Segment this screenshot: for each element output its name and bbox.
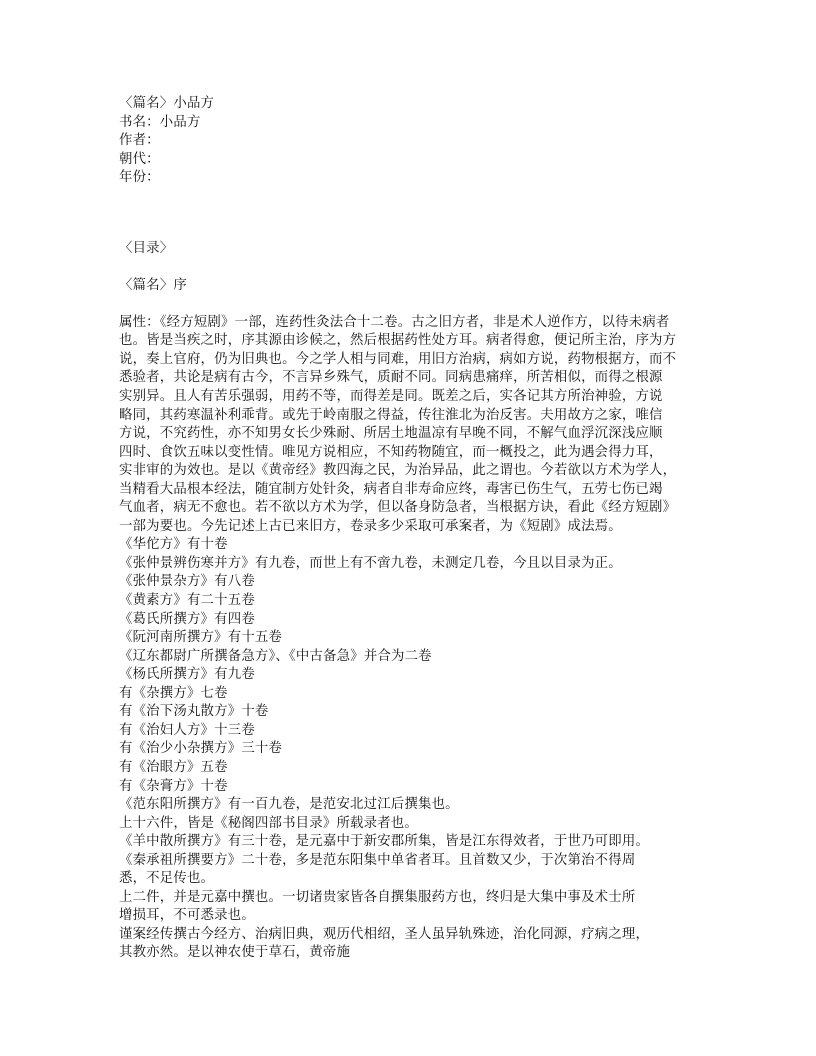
preface-line: 其教亦然。是以神农使于草石，黄帝施 [119, 944, 699, 963]
preface-line: 《秦承祖所撰要方》二十卷，多是范东阳集中单省者耳。且首数又少，于次第治不得周 [119, 852, 699, 871]
preface-line: 有《治妇人方》十三卷 [119, 722, 699, 741]
preface-line: 实非审的为效也。是以《黄帝经》教四海之民，为治异品，此之谓也。今若欲以方术为学人… [119, 462, 699, 481]
preface-line: 实别异。且人有苦乐强弱，用药不等，而得差是同。既差之后，实各记其方所治神验，方说 [119, 388, 699, 407]
dynasty-field: 朝代： [119, 151, 699, 170]
year-field: 年份： [119, 169, 699, 188]
preface-line: 也。皆是当疾之时，序其源由诊候之，然后根据药性处方耳。病者得愈，便记所主治，序为… [119, 332, 699, 351]
preface-line: 增损耳，不可悉录也。 [119, 907, 699, 926]
preface-line: 一部为要也。今先记述上古已来旧方，卷录多少采取可承案者，为《短剧》成法焉。 [119, 518, 699, 537]
section-title: 〈篇名〉序 [119, 277, 699, 296]
preface-line: 有《治眼方》五卷 [119, 759, 699, 778]
preface-line: 《张仲景杂方》有八卷 [119, 573, 699, 592]
preface-line: 有《杂撰方》七卷 [119, 685, 699, 704]
preface-line: 《华佗方》有十卷 [119, 536, 699, 555]
preface-line: 上十六件，皆是《秘阁四部书目录》所载录者也。 [119, 815, 699, 834]
toc-label: 〈目录〉 [119, 240, 699, 259]
preface-line: 《羊中散所撰方》有三十卷，是元嘉中于新安郡所集，皆是江东得效者，于世乃可即用。 [119, 833, 699, 852]
document-page: 〈篇名〉小品方 书名：小品方 作者： 朝代： 年份： 〈目录〉 〈篇名〉序 属性… [119, 95, 699, 963]
preface-body: 属性：《经方短剧》一部，连药性灸法合十二卷。古之旧方者，非是术人逆作方，以待未病… [119, 314, 699, 963]
preface-line: 当精看大品根本经法，随宜制方处针灸，病者自非寿命应终，毒害已伤生气，五劳七伤已竭 [119, 481, 699, 500]
preface-line: 《黄素方》有二十五卷 [119, 592, 699, 611]
preface-line: 《范东阳所撰方》有一百九卷，是范安北过江后撰集也。 [119, 796, 699, 815]
preface-line: 略同，其药寒温补利乖背。或先于岭南服之得益，传往淮北为治反害。夫用故方之家，唯信 [119, 407, 699, 426]
preface-line: 说，奏上官府，仍为旧典也。今之学人相与同难，用旧方治病，病如方说，药物根据方，而… [119, 351, 699, 370]
preface-line: 方说，不究药性，亦不知男女长少殊耐、所居土地温凉有早晚不同，不解气血浮沉深浅应顺 [119, 425, 699, 444]
preface-line: 《张仲景辨伤寒并方》有九卷，而世上有不啻九卷，未测定几卷，今且以目录为正。 [119, 555, 699, 574]
preface-line: 《杨氏所撰方》有九卷 [119, 666, 699, 685]
preface-line: 悉验者，共论是病有古今，不言异乡殊气，质耐不同。同病患痛痒，所苦相似，而得之根源 [119, 369, 699, 388]
title-tag: 〈篇名〉小品方 [119, 95, 699, 114]
preface-line: 谨案经传撰古今经方、治病旧典，观历代相绍，圣人虽异轨殊迹，治化同源，疗病之理， [119, 926, 699, 945]
author-field: 作者： [119, 132, 699, 151]
preface-line: 属性：《经方短剧》一部，连药性灸法合十二卷。古之旧方者，非是术人逆作方，以待未病… [119, 314, 699, 333]
preface-line: 《葛氏所撰方》有四卷 [119, 611, 699, 630]
preface-line: 四时、食饮五味以变性情。唯见方说相应，不知药物随宜，而一概投之，此为遇会得力耳， [119, 444, 699, 463]
preface-line: 有《治下汤丸散方》十卷 [119, 703, 699, 722]
preface-line: 上二件，并是元嘉中撰也。一切诸贵家皆各自撰集服药方也，终归是大集中事及术士所 [119, 889, 699, 908]
preface-line: 悉，不足传也。 [119, 870, 699, 889]
preface-line: 《辽东都尉广所撰备急方》、《中古备急》并合为二卷 [119, 648, 699, 667]
book-name: 书名：小品方 [119, 114, 699, 133]
preface-line: 气血者，病无不愈也。若不欲以方术为学，但以备身防急者，当根据方诀，看此《经方短剧… [119, 499, 699, 518]
preface-line: 有《杂膏方》十卷 [119, 778, 699, 797]
preface-line: 《阮河南所撰方》有十五卷 [119, 629, 699, 648]
preface-line: 有《治少小杂撰方》三十卷 [119, 740, 699, 759]
